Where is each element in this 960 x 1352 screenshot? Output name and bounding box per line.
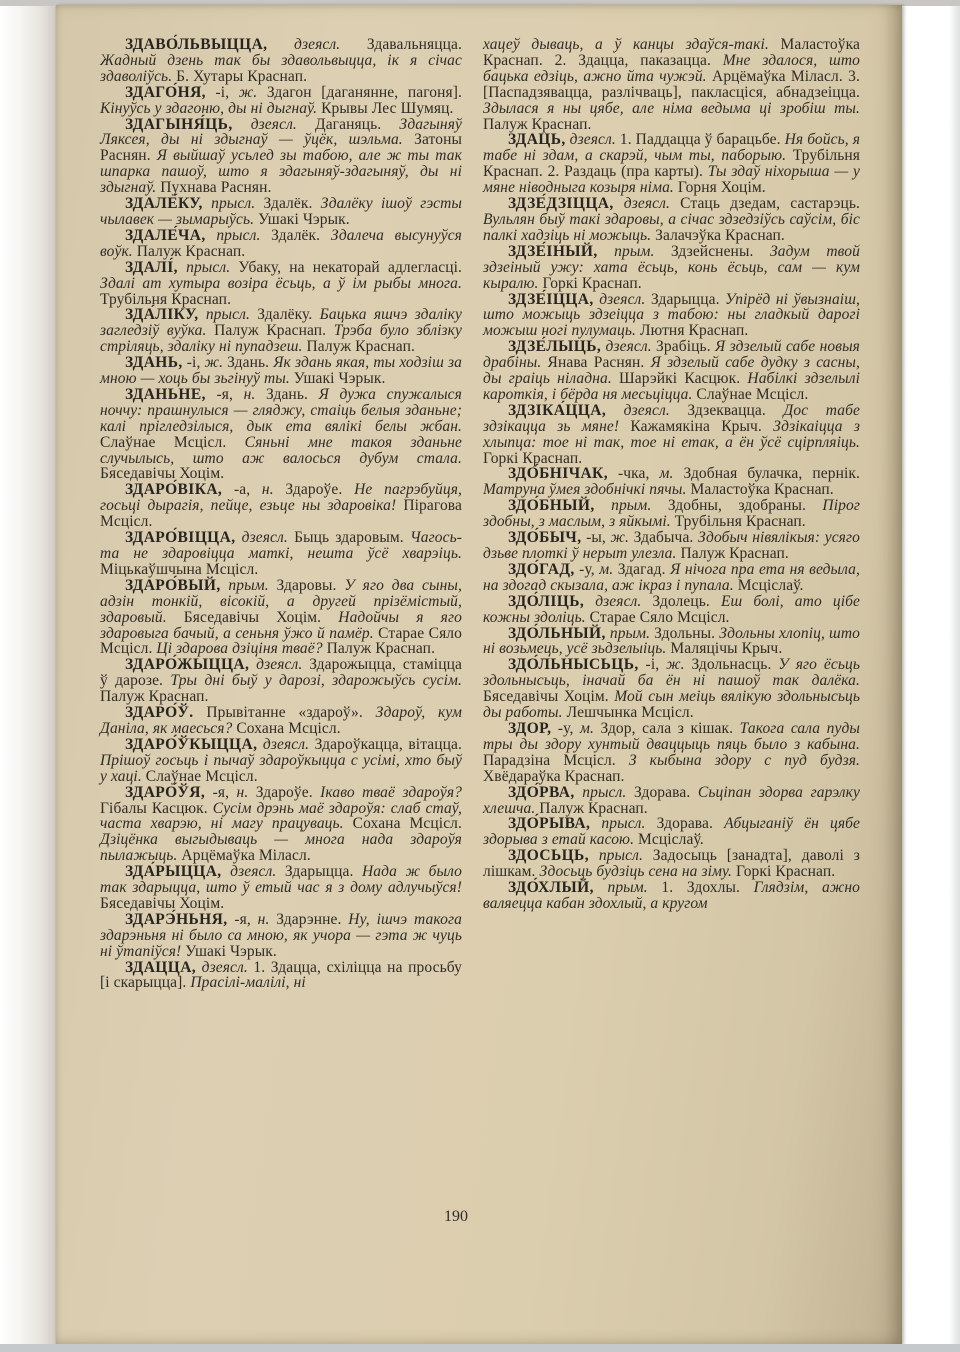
- entry-text: Здалёк.: [255, 195, 312, 212]
- entry-text: Б. Хутары Краснап.: [172, 68, 307, 85]
- entry-grammar-label: ж.: [229, 84, 257, 101]
- entry-text: Палуж Краснап.: [206, 322, 326, 339]
- dictionary-entry: ЗДАЛІ́, прысл. Убаку, на некаторай адлег…: [100, 260, 462, 308]
- entry-text: Палуж Краснап.: [100, 688, 208, 705]
- entry-headword: ЗДО́БНЫЙ,: [508, 497, 595, 514]
- entry-text: Здавальняцца.: [340, 36, 462, 53]
- entry-text: Маляцічы Крыч.: [666, 640, 782, 657]
- entry-grammar-label: дзеясл.: [222, 863, 277, 880]
- entry-text: Палуж Краснап.: [535, 800, 647, 817]
- dictionary-entry: ЗДО́ЛЬНЫЙ, прым. Здольны. Здольны хлопіц…: [483, 626, 860, 658]
- entry-grammar-label: н.: [250, 481, 274, 498]
- entry-grammar-label: дзеясл.: [601, 338, 652, 355]
- dictionary-entry: ЗДАРО́ЎЯ, -я, н. Здароўе. Ікаво тваё зда…: [100, 785, 462, 865]
- entry-text: Лютня Краснап.: [636, 322, 748, 339]
- right-column: хацеў дываць, а ў канцы здаўся-такі. Мал…: [483, 37, 860, 991]
- entry-text: Ушакі Чэрык.: [290, 370, 386, 387]
- entry-text: -я,: [205, 784, 229, 801]
- entry-text: Трубільня Краснап.: [671, 513, 806, 530]
- entry-grammar-label: ж.: [659, 656, 684, 673]
- entry-headword: ЗДЗЕ́ІНЫЙ,: [508, 243, 598, 260]
- entry-text: Сохана Мсцісл.: [232, 720, 340, 737]
- entry-text: Пухнава Раснян.: [156, 179, 271, 196]
- entry-text: Слаўнае Мсцісл.: [100, 434, 226, 451]
- entry-text: Здорава.: [626, 784, 690, 801]
- entry-text: Здольнасць.: [685, 656, 772, 673]
- entry-grammar-label: прысл.: [589, 847, 643, 864]
- entry-grammar-label: н.: [251, 911, 270, 928]
- entry-grammar-label: прысл.: [178, 259, 230, 276]
- entry-text: Залачэўка Краснап.: [651, 227, 785, 244]
- entry-text: Стаць дзедам, састарэць.: [670, 195, 860, 212]
- entry-headword: ЗДЗІКА́ЦЦА,: [508, 402, 606, 419]
- entry-grammar-label: прым.: [598, 243, 655, 260]
- entry-text: Горкі Краснап.: [539, 275, 642, 292]
- entry-example: Кінуўсь у здагоню, ды ні дыгнаў.: [100, 100, 317, 117]
- entry-headword: ЗДАРО́ВІЦЦА,: [125, 529, 235, 546]
- entry-text: Здарыцца.: [276, 863, 353, 880]
- entry-text: Горкі Краснап.: [732, 863, 835, 880]
- entry-text: Здагад.: [613, 561, 665, 578]
- entry-grammar-label: прым.: [595, 497, 652, 514]
- entry-text: 1. Паддацца ў барацьбе.: [616, 131, 781, 148]
- entry-headword: ЗДА́РЫЦЦА,: [125, 863, 222, 880]
- entry-grammar-label: прысл.: [575, 784, 627, 801]
- entry-text: Здзейснены.: [654, 243, 753, 260]
- entry-headword: ЗДАРЭ́НЬНЯ,: [125, 911, 228, 928]
- scan-left-edge: [0, 0, 58, 1352]
- entry-headword: ЗДО́ЛЬНЫСЬЦЬ,: [508, 656, 639, 673]
- entry-text: Здор, сала з кішак.: [594, 720, 733, 737]
- entry-text: Зрабіць.: [652, 338, 711, 355]
- entry-headword: ЗДЗЕ́ДЗІЦЦА,: [508, 195, 614, 212]
- entry-headword: ЗДАЛЕ́КУ,: [125, 195, 203, 212]
- entry-example: хацеў дываць, а ў канцы здаўся-такі.: [483, 36, 769, 53]
- entry-text: Здобны, здобраны.: [651, 497, 806, 514]
- entry-headword: ЗДО́БНІЧАК,: [508, 465, 608, 482]
- entry-text: Здарэнне.: [269, 911, 341, 928]
- entry-headword: ЗДО́ЛЬНЫЙ,: [508, 625, 606, 642]
- dictionary-entry: ЗДЗЕ́ДЗІЦЦА, дзеясл. Стаць дзедам, саста…: [483, 196, 860, 244]
- entry-text: Здань.: [255, 386, 308, 403]
- entry-headword: ЗДО́ЛІЦЬ,: [508, 593, 584, 610]
- entry-text: Палуж Краснап.: [323, 640, 435, 657]
- entry-headword: ЗДОР,: [508, 720, 551, 737]
- entry-text: Бяседавічы Хоцім.: [100, 895, 224, 912]
- entry-text: Здольны.: [650, 625, 715, 642]
- entry-text: Палуж Краснап.: [676, 545, 788, 562]
- entry-grammar-label: прысл.: [203, 195, 255, 212]
- entry-text: Міцькаўшчына Мсцісл.: [100, 561, 258, 578]
- entry-text: Слаўнае Мсцісл.: [692, 386, 808, 403]
- entry-text: Здалёк.: [260, 227, 320, 244]
- entry-example: Тры дні быў у дарозі, здарожыўсь сусім.: [163, 672, 462, 689]
- entry-headword: ЗДО́ГАД,: [508, 561, 575, 578]
- entry-text: Бяседавічы Хоцім.: [167, 609, 321, 626]
- entry-example: З кыбына здору с пуд будзя.: [616, 752, 860, 769]
- entry-text: Ушакі Чэрык.: [181, 943, 277, 960]
- dictionary-entry: ЗДАНЬ, -і, ж. Здань. Як здань якая, ты х…: [100, 355, 462, 387]
- entry-grammar-label: дзеясл.: [249, 656, 302, 673]
- entry-headword: ЗДОСЬЦЬ,: [508, 847, 589, 864]
- entry-text: Палуж Краснап.: [483, 116, 591, 133]
- entry-text: Хвёдараўка Краснап.: [483, 768, 624, 785]
- dictionary-entry: ЗДАЛЕ́ЧА, прысл. Здалёк. Здалеча высунуў…: [100, 228, 462, 260]
- entry-text: -і,: [206, 84, 229, 101]
- left-column: ЗДАВО́ЛЬВЫЦЦА, дзеясл. Здавальняцца. Жад…: [100, 37, 462, 991]
- entry-grammar-label: дзеясл.: [257, 736, 309, 753]
- entry-text: Здолець.: [641, 593, 710, 610]
- page-number: 190: [424, 1208, 488, 1226]
- entry-text: 1. Здохлы.: [648, 879, 740, 896]
- dictionary-entry: ЗДО́ГАД, -у, м. Здагад. Я нічога пра ета…: [483, 562, 860, 594]
- entry-text: Палуж Краснап.: [303, 338, 415, 355]
- entry-text: Трубільня Краснап.: [100, 291, 231, 308]
- entry-text: Гібалы Касцюк.: [100, 800, 208, 817]
- book-page: ЗДАВО́ЛЬВЫЦЦА, дзеясл. Здавальняцца. Жад…: [56, 5, 902, 1345]
- entry-example: Ікаво тваё здароўя?: [313, 784, 462, 801]
- entry-text: -а,: [222, 481, 250, 498]
- scan-bottom-edge: [0, 1344, 960, 1352]
- entry-text: Кажамякіна Крыч.: [619, 418, 762, 435]
- entry-headword: ЗДАРО́ВЫЙ,: [125, 577, 221, 594]
- entry-headword: ЗДЗЕ́ЛЫЦЬ,: [508, 338, 601, 355]
- entry-headword: ЗДО́БЫЧ,: [508, 529, 581, 546]
- entry-headword: ЗДАЦЬ,: [508, 131, 566, 148]
- entry-text: Горкі Краснап.: [483, 450, 582, 467]
- entry-text: Парадзіна Мсцісл.: [483, 752, 616, 769]
- entry-example: Здылася я ны цябе, але німа ведыма ці зр…: [483, 100, 860, 117]
- entry-grammar-label: дзеясл.: [235, 529, 287, 546]
- entry-headword: ЗДАГО́НЯ,: [125, 84, 206, 101]
- entry-text: Здагон [даганянне, пагоня].: [257, 84, 462, 101]
- entry-example: Матруна ўмея здобнічкі пячы.: [483, 481, 686, 498]
- dictionary-entry: ЗДО́ЛІЦЬ, дзеясл. Здолець. Еш болі, ато …: [483, 594, 860, 626]
- dictionary-entry: ЗДАНЬНЕ, -я, н. Здань. Я дужа спужалыся …: [100, 387, 462, 482]
- dictionary-entry: ЗДЗЕ́ІЦЦА, дзеясл. Здарыцца. Упірёд ні ў…: [483, 292, 860, 340]
- entry-example: Ці здарова дзіціня тваё?: [152, 640, 322, 657]
- dictionary-entry: ЗДАРО́ЎКЫЦЦА, дзеясл. Здароўкацца, вітац…: [100, 737, 462, 785]
- dictionary-entry: ЗДЗІКА́ЦЦА, дзеясл. Здзеквацца. Дос табе…: [483, 403, 860, 467]
- dictionary-entry: ЗДАГЫНЯ́ЦЬ, дзеясл. Даганяць. Здагыняў Л…: [100, 117, 462, 197]
- entry-headword: ЗДО́ХЛЫЙ,: [508, 879, 594, 896]
- entry-text: Горня Хоцім.: [674, 179, 766, 196]
- entry-text: -у,: [551, 720, 573, 737]
- entry-text: -і,: [183, 354, 201, 371]
- entry-text: -я,: [228, 911, 251, 928]
- dictionary-entry: хацеў дываць, а ў канцы здаўся-такі. Мал…: [483, 37, 860, 132]
- dictionary-entry: ЗДО́РВА, прысл. Здорава. Сьціпан здорва …: [483, 785, 860, 817]
- entry-text: Убаку, на некаторай адлегласці.: [230, 259, 462, 276]
- dictionary-entry: ЗДА́РЫЦЦА, дзеясл. Здарыцца. Нада ж было…: [100, 864, 462, 912]
- entry-grammar-label: дзеясл.: [267, 36, 340, 53]
- entry-text: Сохана Мсцісл.: [344, 815, 462, 832]
- entry-grammar-label: прым.: [221, 577, 269, 594]
- entry-text: Здаровы.: [269, 577, 337, 594]
- entry-headword: ЗДАЛІ́,: [125, 259, 178, 276]
- entry-headword: ЗДАРО́ЖЫЦЦА,: [125, 656, 249, 673]
- entry-text: Мсціслаў.: [634, 831, 704, 848]
- entry-text: Лешчынка Мсцісл.: [563, 704, 694, 721]
- entry-grammar-label: дзеясл.: [566, 131, 616, 148]
- entry-headword: ЗДО́РЫВА,: [508, 815, 590, 832]
- entry-grammar-label: дзеясл.: [233, 116, 297, 133]
- entry-text: Здабыча.: [629, 529, 693, 546]
- entry-grammar-label: дзеясл.: [606, 402, 670, 419]
- entry-text: Бяседавічы Хоцім.: [100, 465, 224, 482]
- entry-grammar-label: прысл.: [590, 815, 645, 832]
- entry-grammar-label: дзеясл.: [196, 959, 248, 976]
- dictionary-entry: ЗДАЦЦА, дзеясл. 1. Здацца, схіліцца на п…: [100, 960, 462, 992]
- entry-grammar-label: м.: [573, 720, 594, 737]
- entry-grammar-label: н.: [229, 784, 248, 801]
- dictionary-entry: ЗДО́ХЛЫЙ, прым. 1. Здохлы. Глядзім, ажно…: [483, 880, 860, 912]
- entry-headword: ЗДАЛЕ́ЧА,: [125, 227, 206, 244]
- entry-grammar-label: ж.: [606, 529, 629, 546]
- dictionary-entry: ЗДО́РЫВА, прысл. Здорава. Абцыганіў ён ц…: [483, 816, 860, 848]
- entry-text: Здань.: [223, 354, 269, 371]
- entry-example: Здосьць будзіць сена на зіму.: [536, 863, 732, 880]
- dictionary-entry: ЗДЗЕ́ІНЫЙ, прым. Здзейснены. Задум твой …: [483, 244, 860, 292]
- entry-text: Здароўе.: [274, 481, 343, 498]
- entry-headword: ЗДАЦЦА,: [125, 959, 196, 976]
- entry-grammar-label: прым.: [606, 625, 650, 642]
- dictionary-entry: ЗДАВО́ЛЬВЫЦЦА, дзеясл. Здавальняцца. Жад…: [100, 37, 462, 85]
- dictionary-entry: ЗДАЦЬ, дзеясл. 1. Паддацца ў барацьбе. Н…: [483, 132, 860, 196]
- entry-text: Ушакі Чэрык.: [254, 211, 350, 228]
- scan-right-edge: [900, 0, 960, 1352]
- entry-headword: ЗДАВО́ЛЬВЫЦЦА,: [125, 36, 267, 53]
- entry-text: Здарыцца.: [645, 291, 719, 308]
- dictionary-entry: ЗДЗЕ́ЛЫЦЬ, дзеясл. Зрабіць. Я здзелый са…: [483, 339, 860, 403]
- dictionary-entry: ЗДОР, -у, м. Здор, сала з кішак. Такога …: [483, 721, 860, 785]
- dictionary-entry: ЗДАРО́ВІКА, -а, н. Здароўе. Не пагрэбуйц…: [100, 482, 462, 530]
- entry-headword: ЗДО́РВА,: [508, 784, 575, 801]
- entry-headword: ЗДА́ЛІКУ,: [125, 306, 199, 323]
- dictionary-entry: ЗДАРО́Ў. Прывітанне «здароў». Здароў, ку…: [100, 705, 462, 737]
- entry-example: Здалі ат хутыра возіра ёсьць, а ў ім рыб…: [100, 275, 462, 292]
- entry-text: Старае Сяло Мсцісл.: [586, 609, 730, 626]
- entry-example: Я выйшаў усьлед зы табою, але ж ты так ш…: [100, 147, 462, 196]
- entry-text: Бяседавічы Хоцім.: [483, 688, 609, 705]
- entry-text: Мсціслаў.: [734, 577, 804, 594]
- entry-text: Янава Раснян.: [541, 354, 644, 371]
- entry-headword: ЗДАРО́ЎЯ,: [125, 784, 205, 801]
- entry-grammar-label: прым.: [594, 879, 648, 896]
- dictionary-entry: ЗДАРЭ́НЬНЯ, -я, н. Здарэнне. Ну, ішчэ та…: [100, 912, 462, 960]
- dictionary-entry: ЗДО́ЛЬНЫСЬЦЬ, -і, ж. Здольнасць. У яго ё…: [483, 657, 860, 721]
- entry-text: Быць здаровым.: [288, 529, 404, 546]
- entry-text: Маластоўка Краснап.: [686, 481, 833, 498]
- entry-text: Шарэйкі Касцюк.: [612, 370, 740, 387]
- dictionary-entry: ЗДО́БЫЧ, -ы, ж. Здабыча. Здобыч нівялікы…: [483, 530, 860, 562]
- entry-example: Прасілі-малілі, ні: [186, 974, 305, 991]
- dictionary-entry: ЗДО́БНІЧАК, -чка, м. Здобная булачка, пе…: [483, 466, 860, 498]
- dictionary-entry: ЗДОСЬЦЬ, прысл. Задосыць [занадта], даво…: [483, 848, 860, 880]
- entry-grammar-label: дзеясл.: [584, 593, 641, 610]
- dictionary-entry: ЗДАРО́ВЫЙ, прым. Здаровы. У яго два сыны…: [100, 578, 462, 658]
- entry-text: Слаўнае Мсцісл.: [142, 768, 258, 785]
- entry-grammar-label: дзеясл.: [594, 291, 646, 308]
- entry-headword: ЗДАНЬНЕ,: [125, 386, 206, 403]
- entry-text: Арцёмаўка Міласл.: [177, 847, 310, 864]
- entry-headword: ЗДАРО́Ў.: [125, 704, 194, 721]
- entry-text: Здалёку.: [250, 306, 312, 323]
- entry-text: Здобная булачка, пернік.: [673, 465, 860, 482]
- dictionary-entry: ЗДА́ЛІКУ, прысл. Здалёку. Бацька яшчэ зд…: [100, 307, 462, 355]
- dictionary-entry: ЗДАГО́НЯ, -і, ж. Здагон [даганянне, паго…: [100, 85, 462, 117]
- entry-text: Прывітанне «здароў».: [194, 704, 363, 721]
- dictionary-entry: ЗДАРО́ВІЦЦА, дзеясл. Быць здаровым. Чаго…: [100, 530, 462, 578]
- entry-text: Здароўкацца, вітацца.: [309, 736, 462, 753]
- entry-text: -ы,: [581, 529, 605, 546]
- entry-headword: ЗДАРО́ВІКА,: [125, 481, 222, 498]
- entry-headword: ЗДАРО́ЎКЫЦЦА,: [125, 736, 257, 753]
- entry-text: Крывы Лес Шумяц.: [317, 100, 453, 117]
- entry-text: -чка,: [608, 465, 650, 482]
- entry-text: Даганяць.: [297, 116, 381, 133]
- entry-text: Здзеквацца.: [670, 402, 766, 419]
- entry-text: Здорава.: [646, 815, 713, 832]
- entry-headword: ЗДАНЬ,: [125, 354, 183, 371]
- page-text-block: ЗДАВО́ЛЬВЫЦЦА, дзеясл. Здавальняцца. Жад…: [100, 37, 860, 991]
- entry-grammar-label: прысл.: [206, 227, 261, 244]
- entry-headword: ЗДАГЫНЯ́ЦЬ,: [125, 116, 233, 133]
- scanned-dictionary-page: ЗДАВО́ЛЬВЫЦЦА, дзеясл. Здавальняцца. Жад…: [0, 0, 960, 1352]
- entry-grammar-label: н.: [233, 386, 255, 403]
- entry-grammar-label: м.: [650, 465, 674, 482]
- entry-text: -я,: [206, 386, 233, 403]
- entry-headword: ЗДЗЕ́ІЦЦА,: [508, 291, 594, 308]
- entry-grammar-label: ж.: [200, 354, 223, 371]
- entry-text: -у,: [575, 561, 595, 578]
- dictionary-entry: ЗДО́БНЫЙ, прым. Здобны, здобраны. Пірог …: [483, 498, 860, 530]
- entry-grammar-label: м.: [595, 561, 613, 578]
- dictionary-entry: ЗДАЛЕ́КУ, прысл. Здалёк. Здалёку ішоў гэ…: [100, 196, 462, 228]
- dictionary-entry: ЗДАРО́ЖЫЦЦА, дзеясл. Здарожыцца, стаміцц…: [100, 657, 462, 705]
- entry-grammar-label: дзеясл.: [614, 195, 670, 212]
- entry-text: -і,: [639, 656, 660, 673]
- entry-grammar-label: прысл.: [199, 306, 250, 323]
- entry-text: Здароўе.: [248, 784, 312, 801]
- entry-text: Палуж Краснап.: [133, 243, 245, 260]
